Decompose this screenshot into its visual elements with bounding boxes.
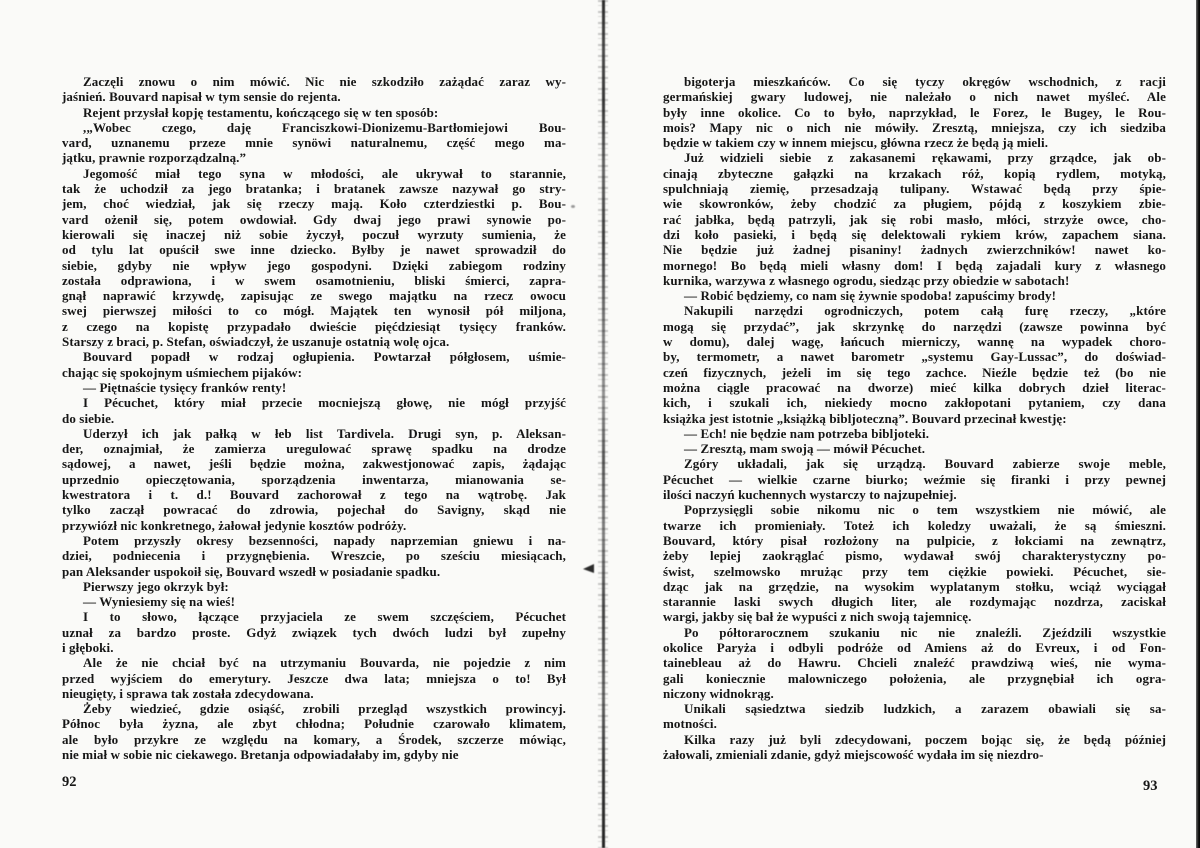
text-line: została odprawiona, i w swem osamotnieni…	[62, 273, 566, 288]
text-line: siebie, gdyby nie wpływ jego gospodyni. …	[62, 258, 566, 273]
text-line: Bouvard popadł w rodzaj ogłupienia. Powt…	[62, 349, 566, 364]
right-page-number: 93	[1143, 778, 1158, 795]
left-page-text-column: Zaczęli znowu o nim mówić. Nic nie szkod…	[62, 74, 566, 762]
text-line: okolice Paryża i odbyli podróże od Amien…	[663, 640, 1166, 655]
text-line: der, oznajmiał, że zamierza uregulować s…	[62, 441, 566, 456]
text-line: mornego! Bo będą mieli własny dom! I będ…	[663, 258, 1166, 273]
text-line: — Zresztą, mam swoją — mówił Pécuchet.	[663, 441, 1166, 456]
text-line: Pécuchet — wielkie czarne biurko; weźmie…	[663, 472, 1166, 487]
text-line: Kilka razy już byli zdecydowani, poczem …	[663, 732, 1166, 747]
text-line: kwestratora i t. d.! Bouvard zachorował …	[62, 487, 566, 502]
text-line: sądowej, a nawet, jeśli będzie można, za…	[62, 456, 566, 471]
right-page-text-column: bigoterja mieszkańców. Co się tyczy okrę…	[663, 74, 1166, 762]
text-line: żałowali, zmieniali zdanie, gdyż miejsco…	[663, 747, 1166, 762]
text-line: Starszy z braci, p. Stefan, oświadczył, …	[62, 334, 566, 349]
text-line: i głęboki.	[62, 640, 566, 655]
text-line: wie skowronków, żeby chodzić za pługiem,…	[663, 196, 1166, 211]
text-line: Zgóry układali, jak się urządzą. Bouvard…	[663, 456, 1166, 471]
text-line: książka jest istotnie „książką bibljotec…	[663, 411, 1166, 426]
text-line: nie miał w sobie nic ciekawego. Bretanja…	[62, 747, 566, 762]
text-line: cinają zbyteczne gałązki na krzakach róż…	[663, 166, 1166, 181]
ink-speck	[571, 205, 575, 208]
text-line: Żeby wiedzieć, gdzie osiąść, zrobili prz…	[62, 701, 566, 716]
text-line: ale było przykre ze względu na komary, a…	[62, 732, 566, 747]
ink-smudge-mark	[583, 564, 594, 573]
text-line: kurnika, warzywa z własnego ogrodu, sied…	[663, 273, 1166, 288]
text-line: — Ech! nie będzie nam potrzeba bibljotek…	[663, 426, 1166, 441]
text-line: dząc jak na grzędzie, na wysokim wyplata…	[663, 579, 1166, 594]
text-line: wargi, jakby się bał że wypuści z nich s…	[663, 609, 1166, 624]
text-line: Po półtorarocznem szukaniu nic nie znale…	[663, 625, 1166, 640]
text-line: z czego na kopistę przypadało dwieście p…	[62, 319, 566, 334]
text-line: vard, uznanemu przeze mnie synöwi natura…	[62, 135, 566, 150]
text-line: można ciągle pracować na dworze) mieć ki…	[663, 380, 1166, 395]
text-line: motności.	[663, 716, 1166, 731]
text-line: bigoterja mieszkańców. Co się tyczy okrę…	[663, 74, 1166, 89]
text-line: tylko zaczął powracać do zdrowia, pojech…	[62, 502, 566, 517]
text-line: Poprzysięgli sobie nikomu nic o tem wszy…	[663, 502, 1166, 517]
text-line: Nie będzie już żadnej pisaniny! żadnych …	[663, 242, 1166, 257]
text-line: dziei, podniecenia i przygnębienia. Wres…	[62, 548, 566, 563]
text-line: by, termometr, a nawet barometr „systemu…	[663, 349, 1166, 364]
text-line: od tylu lat opuścił swe inne dziecko. By…	[62, 242, 566, 257]
text-line: tak że uchodził za jego bratanka; i brat…	[62, 181, 566, 196]
text-line: swej pierwszej miłości to co mógł. Mająt…	[62, 303, 566, 318]
text-line: — Wyniesiemy się na wieś!	[62, 594, 566, 609]
text-line: Jegomość miał tego syna w młodości, ale …	[62, 166, 566, 181]
text-line: były inne okolice. Co to było, naprzykła…	[663, 105, 1166, 120]
book-spine-gutter-shadow	[596, 0, 612, 848]
text-line: vard ożenił się, potem owdowiał. Gdy dwa…	[62, 212, 566, 227]
text-line: rać jabłka, będą patrzyli, jak się robi …	[663, 212, 1166, 227]
text-line: Już widzieli siebie z zakasanemi rękawam…	[663, 150, 1166, 165]
text-line: jem, choć wiedział, jak się rzeczy mają.…	[62, 196, 566, 211]
text-line: Bouvard, który pisał rozłożony na pulpic…	[663, 533, 1166, 548]
text-line: kich, i szukali ich, niekiedy mocno zakł…	[663, 395, 1166, 410]
text-line: Pierwszy jego okrzyk był:	[62, 579, 566, 594]
text-line: do siebie.	[62, 411, 566, 426]
text-line: Rejent przysłał kopję testamentu, kończą…	[62, 105, 566, 120]
text-line: — Robić będziemy, co nam się żywnie spod…	[663, 288, 1166, 303]
book-spread: Zaczęli znowu o nim mówić. Nic nie szkod…	[0, 0, 1200, 848]
text-line: Potem przyszły okresy bezsenności, napad…	[62, 533, 566, 548]
text-line: przywiózł nic konkretnego, żałował jedyn…	[62, 518, 566, 533]
text-line: przed wyjściem do emerytury. Jeszcze dwa…	[62, 671, 566, 686]
text-line: spulchniają ziemię, przesadzają tulipany…	[663, 181, 1166, 196]
text-line: dzi koło pasieki, i będą się delektowali…	[663, 227, 1166, 242]
text-line: Zaczęli znowu o nim mówić. Nic nie szkod…	[62, 74, 566, 89]
text-line: uznał za bardzo proste. Gdyż związek tyc…	[62, 625, 566, 640]
text-line: świst, szelmowsko mrużąc przy tem ciężki…	[663, 564, 1166, 579]
gutter-shadow-speckle	[598, 0, 608, 848]
text-line: mois? Mapy nic o nich nie mówiły. Zreszt…	[663, 120, 1166, 135]
text-line: pan Aleksander uspokoił się, Bouvard wsz…	[62, 564, 566, 579]
text-line: jaśnień. Bouvard napisał w tym sensie do…	[62, 89, 566, 104]
text-line: czeń fizycznych, jeżeli im się tego zach…	[663, 365, 1166, 380]
text-line: ,„Wobec czego, daję Franciszkowi-Dionize…	[62, 120, 566, 135]
text-line: I Pécuchet, który miał przecie mocniejsz…	[62, 395, 566, 410]
text-line: germańskiej gwary ludowej, nie należało …	[663, 89, 1166, 104]
left-page-number: 92	[62, 774, 77, 791]
text-line: Uderzył ich jak pałką w łeb list Tardive…	[62, 426, 566, 441]
text-line: mogą się przydać”, jak skrzynkę do narzę…	[663, 319, 1166, 334]
text-line: Nakupili narzędzi ogrodniczych, potem ca…	[663, 303, 1166, 318]
text-line: kierowali się inaczej niż sobie życzył, …	[62, 227, 566, 242]
text-line: Ale że nie chciał być na utrzymaniu Bouv…	[62, 655, 566, 670]
text-line: twarze ich promieniały. Toteż ich koledz…	[663, 518, 1166, 533]
text-line: I to słowo, łączące przyjaciela ze swem …	[62, 609, 566, 624]
text-line: uprzednio opieczętowania, sporządzenia i…	[62, 472, 566, 487]
text-line: w domu), dalej wagę, łańcuch mierniczy, …	[663, 334, 1166, 349]
text-line: nieugięty, i sprawa tak została zdecydow…	[62, 686, 566, 701]
text-line: Północ była żyzna, ale zbyt chłodna; Poł…	[62, 716, 566, 731]
text-line: gnął naprawić krzywdę, zapisując ze sweg…	[62, 288, 566, 303]
text-line: — Piętnaście tysięcy franków renty!	[62, 380, 566, 395]
text-line: ilości naczyń kuchennych wystarczy to na…	[663, 487, 1166, 502]
text-line: jątku, prawnie rozporządzalną.”	[62, 150, 566, 165]
text-line: chając się spokojnym uśmiechem pijaków:	[62, 365, 566, 380]
text-line: niczony widnokrąg.	[663, 686, 1166, 701]
text-line: starannie laski swych długich liter, ale…	[663, 594, 1166, 609]
text-line: będzie w takiem czy w innem miejscu, głó…	[663, 135, 1166, 150]
text-line: Unikali sąsiedztwa siedzib ludzkich, a z…	[663, 701, 1166, 716]
text-line: żeby lepiej zaokrąglać pismo, wydawał sw…	[663, 548, 1166, 563]
text-line: tainebleau aż do Hawru. Chcieli znaleźć …	[663, 655, 1166, 670]
scan-edge-shadow	[1196, 0, 1200, 848]
text-line: gali koniecznie malowniczego położenia, …	[663, 671, 1166, 686]
